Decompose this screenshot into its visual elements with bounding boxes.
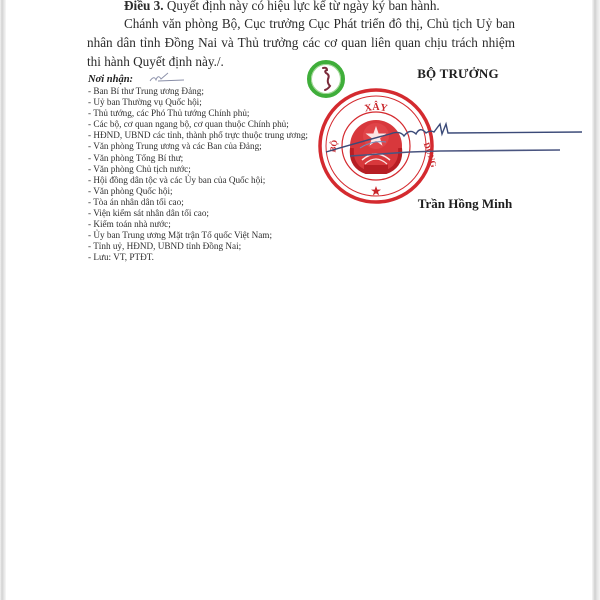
initial-scribble-icon [146,71,186,85]
recipient-item: - Lưu: VT, PTĐT. [88,252,358,263]
article-3-text: Quyết định này có hiệu lực kể từ ngày ký… [164,0,440,13]
recipient-item: - Ủy ban Trung ương Mặt trận Tổ quốc Việ… [88,230,358,241]
seal-text-top: XÂY [364,101,389,115]
svg-text:XÂY: XÂY [364,101,389,115]
page-edge-right [592,0,600,600]
signer-name: Trần Hồng Minh [395,196,535,212]
handwritten-signature [320,118,590,168]
recipient-item: - Viện kiểm sát nhân dân tối cao; [88,208,358,219]
recipients-title-text: Nơi nhận: [88,74,133,85]
recipient-item: - Tỉnh uỷ, HĐND, UBND tỉnh Đồng Nai; [88,241,358,252]
article-3-label: Điều 3. [124,0,164,13]
page-edge-left [0,0,6,600]
article-3: Điều 3. Quyết định này có hiệu lực kể từ… [87,0,515,15]
minister-title: BỘ TRƯỞNG [398,66,518,82]
recipient-item: - Kiểm toán nhà nước; [88,219,358,230]
responsibility-paragraph: Chánh văn phòng Bộ, Cục trưởng Cục Phát … [87,14,515,71]
